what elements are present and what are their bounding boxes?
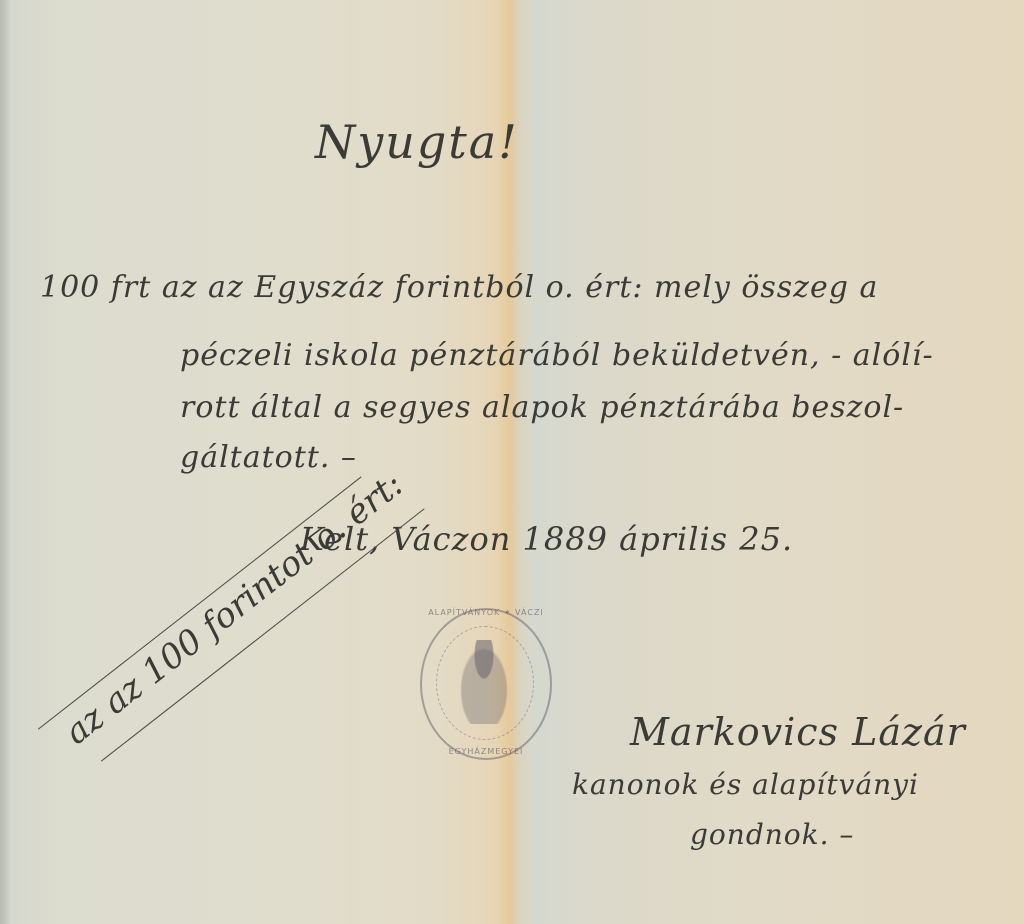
- signer-title-line-2: gondnok. –: [690, 818, 854, 851]
- endorsement-text: az az 100 forintot o. ért:: [57, 464, 411, 752]
- body-line-4: gáltatott. –: [180, 440, 357, 475]
- signer-title-line-1: kanonok és alapítványi: [572, 768, 919, 801]
- seal-bottom-text: EGYHÁZMEGYEI: [422, 747, 550, 756]
- receipt-title: Nyugta!: [315, 115, 519, 169]
- diagonal-endorsement: az az 100 forintot o. ért:: [30, 476, 400, 785]
- seal-top-text: ALAPÍTVÁNYOK ✶ VÁCZI: [422, 608, 550, 617]
- church-seal-stamp: ALAPÍTVÁNYOK ✶ VÁCZI EGYHÁZMEGYEI: [420, 608, 552, 760]
- endorsement-rule-bottom: [101, 508, 425, 761]
- madonna-figure-icon: [456, 640, 512, 724]
- endorsement-rule-top: [38, 476, 362, 729]
- signature: Markovics Lázár: [630, 710, 966, 754]
- body-line-3: rott által a segyes alapok pénztárába be…: [180, 390, 904, 425]
- body-line-1: 100 frt az az Egyszáz forintból o. ért: …: [40, 270, 878, 305]
- receipt-document-page: Nyugta! 100 frt az az Egyszáz forintból …: [0, 0, 1024, 924]
- body-line-2: péczeli iskola pénztárából beküldetvén, …: [180, 338, 934, 373]
- page-edge-shadow: [0, 0, 10, 924]
